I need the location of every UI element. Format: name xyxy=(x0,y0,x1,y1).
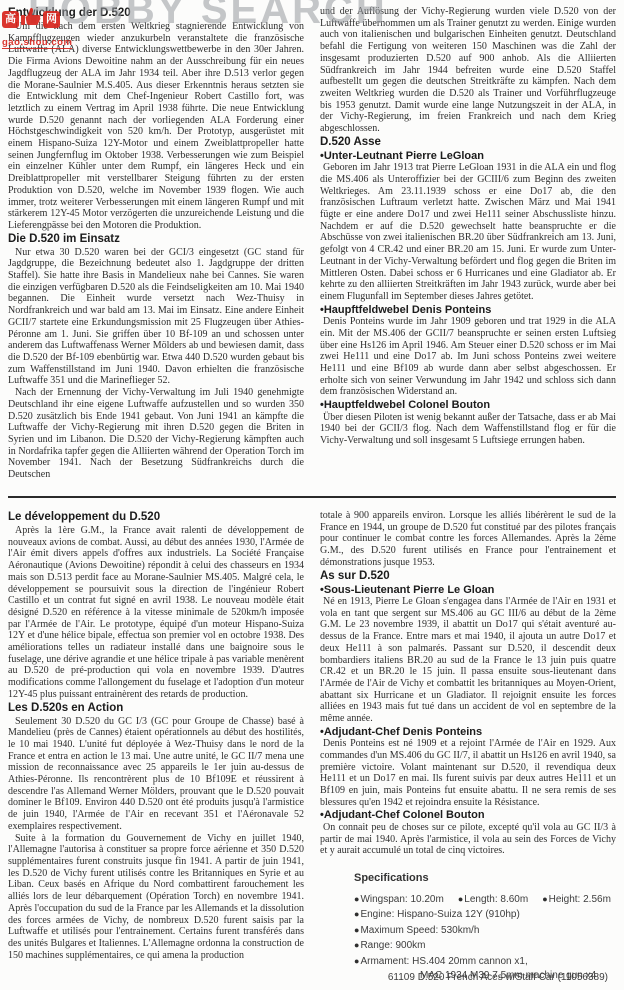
bullet-icon: ● xyxy=(354,894,359,904)
german-ace-2-bio: Denis Ponteins wurde im Jahr 1909 gebore… xyxy=(320,316,616,398)
french-aces-heading: As sur D.520 xyxy=(320,570,616,583)
logo-char-right: 网 xyxy=(43,11,60,28)
spec-range: ●Range: 900km xyxy=(354,938,616,954)
french-action-heading: Les D.520s en Action xyxy=(8,702,304,715)
french-text-section: Le développement du D.520 Après la 1ère … xyxy=(8,510,616,984)
bullet-icon: ● xyxy=(542,894,547,904)
german-ace-3-name: •Hauptfeldwebel Colonel Bouton xyxy=(320,399,616,412)
spec-engine: ●Engine: Hispano-Suiza 12Y (910hp) xyxy=(354,907,616,923)
german-ace-1-name: •Unter-Leutnant Pierre LeGloan xyxy=(320,150,616,163)
bullet-icon: ● xyxy=(354,956,359,966)
spec-armament-line-1: ●Armament: HS.404 20mm cannon x1, xyxy=(354,954,616,970)
instruction-sheet-page: HOBBY SEARCH 高 网 gao.shou.com Entwicklun… xyxy=(0,0,624,990)
german-ace-3-bio: Über diesen Piloten ist wenig bekannt au… xyxy=(320,412,616,447)
specifications-block: Specifications ●Wingspan: 10.20m ●Length… xyxy=(354,871,616,984)
german-text-section: Entwicklung der D.520 Um die nach dem er… xyxy=(8,6,616,496)
spec-max-speed: ●Maximum Speed: 530km/h xyxy=(354,923,616,939)
specifications-heading: Specifications xyxy=(354,871,616,886)
spec-length: ●Length: 8.60m xyxy=(458,892,528,908)
gaoshou-logo-watermark: 高 网 gao.shou.com xyxy=(2,7,102,50)
french-ace-1-bio: Né en 1913, Pierre Le Gloan s'engagea da… xyxy=(320,596,616,725)
french-ace-3-bio: On connait peu de choses sur ce pilote, … xyxy=(320,822,616,857)
product-footer-text: 61109 D.520 French Aces w/Staff Car (110… xyxy=(388,972,608,983)
french-action-paragraph-2: Suite à la formation du Gouvernement de … xyxy=(8,833,304,962)
french-left-column: Le développement du D.520 Après la 1ère … xyxy=(8,510,304,984)
logo-char-left: 高 xyxy=(2,11,19,28)
french-action-paragraph-1: Seulement 30 D.520 du GC I/3 (GC pour Gr… xyxy=(8,716,304,833)
german-development-paragraph: Um die nach dem ersten Weltkrieg stagnie… xyxy=(8,21,304,232)
french-ace-3-name: •Adjudant-Chef Colonel Bouton xyxy=(320,809,616,822)
german-ace-2-name: •Haupftfeldwebel Denis Ponteins xyxy=(320,304,616,317)
french-ace-2-bio: Denis Ponteins est né 1909 et a rejoint … xyxy=(320,738,616,808)
german-ace-1-bio: Geboren im Jahr 1913 trat Pierre LeGloan… xyxy=(320,162,616,302)
french-continuation-paragraph: totale à 900 appareils environ. Lorsque … xyxy=(320,510,616,569)
german-continuation-paragraph: und der Auflösung der Vichy-Regierung wu… xyxy=(320,6,616,135)
french-development-heading: Le développement du D.520 xyxy=(8,511,304,524)
bullet-icon: ● xyxy=(354,909,359,919)
bullet-icon: ● xyxy=(458,894,463,904)
section-divider-rule xyxy=(8,496,616,498)
spec-dimensions-row: ●Wingspan: 10.20m ●Length: 8.60m ●Height… xyxy=(354,892,616,908)
german-action-paragraph-1: Nur etwa 30 D.520 waren bei der GCI/3 ei… xyxy=(8,247,304,387)
french-ace-2-name: •Adjudant-Chef Denis Ponteins xyxy=(320,726,616,739)
german-action-paragraph-2: Nach der Ernennung der Vichy-Verwaltung … xyxy=(8,387,304,481)
thumbs-up-icon xyxy=(20,7,42,32)
german-right-column: und der Auflösung der Vichy-Regierung wu… xyxy=(320,6,616,496)
french-right-column: totale à 900 appareils environ. Lorsque … xyxy=(320,510,616,984)
german-aces-heading: D.520 Asse xyxy=(320,136,616,149)
german-action-heading: Die D.520 im Einsatz xyxy=(8,233,304,246)
logo-domain-text: gao.shou.com xyxy=(2,37,72,49)
bullet-icon: ● xyxy=(354,940,359,950)
french-development-paragraph: Après la 1ère G.M., la France avait rale… xyxy=(8,525,304,701)
spec-wingspan: ●Wingspan: 10.20m xyxy=(354,892,444,908)
bullet-icon: ● xyxy=(354,925,359,935)
spec-height: ●Height: 2.56m xyxy=(542,892,611,908)
german-left-column: Entwicklung der D.520 Um die nach dem er… xyxy=(8,6,304,496)
french-ace-1-name: •Sous-Lieutenant Pierre Le Gloan xyxy=(320,584,616,597)
